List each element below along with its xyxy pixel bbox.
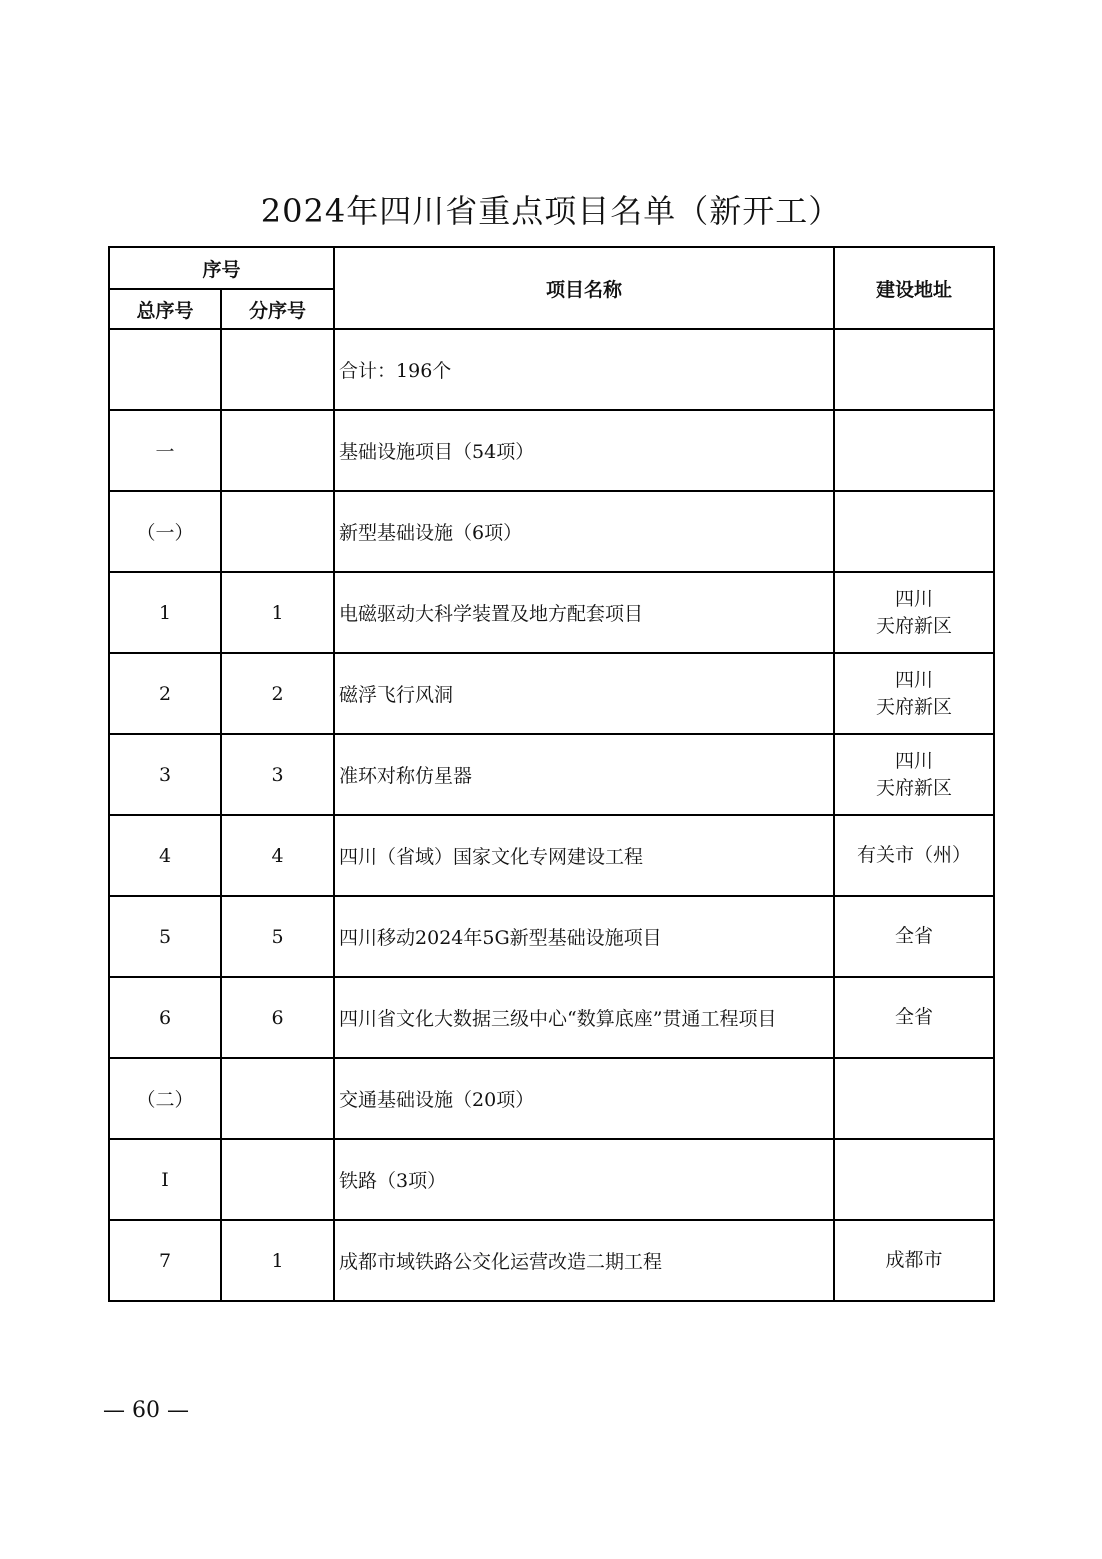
total-seq-cell: Ⅰ [109,1139,221,1220]
project-name-cell: 合计：196个 [334,329,834,410]
sub-seq-cell: 2 [221,653,334,734]
page-number: — 60 — [103,1398,189,1423]
project-name-cell: 电磁驱动大科学装置及地方配套项目 [334,572,834,653]
project-name-cell: 磁浮飞行风洞 [334,653,834,734]
sub-seq-cell: 5 [221,896,334,977]
location-line-2: 天府新区 [835,775,993,802]
sub-seq-cell: 1 [221,572,334,653]
sub-seq-cell [221,329,334,410]
header-project-name: 项目名称 [334,247,834,329]
sub-seq-cell [221,1058,334,1139]
total-seq-cell: 1 [109,572,221,653]
document-title: 2024年四川省重点项目名单（新开工） [0,186,1102,232]
sub-seq-cell: 6 [221,977,334,1058]
total-seq-cell: 一 [109,410,221,491]
total-seq-cell: （二） [109,1058,221,1139]
project-name-cell: 铁路（3项） [334,1139,834,1220]
table-row: 55四川移动2024年5G新型基础设施项目全省 [109,896,994,977]
location-line-1: 有关市（州） [835,842,993,869]
project-name-cell: 准环对称仿星器 [334,734,834,815]
location-cell [834,1139,994,1220]
project-name-cell: 新型基础设施（6项） [334,491,834,572]
total-seq-cell: （一） [109,491,221,572]
table-row: （一）新型基础设施（6项） [109,491,994,572]
location-cell: 全省 [834,977,994,1058]
header-seq-group: 序号 [109,247,334,289]
sub-seq-cell [221,410,334,491]
header-row: 序号 项目名称 建设地址 [109,247,994,289]
table-row: 71成都市域铁路公交化运营改造二期工程成都市 [109,1220,994,1301]
location-cell [834,410,994,491]
project-name-cell: 成都市域铁路公交化运营改造二期工程 [334,1220,834,1301]
location-cell [834,1058,994,1139]
location-cell [834,329,994,410]
location-line-1: 全省 [835,1004,993,1031]
sub-seq-cell: 3 [221,734,334,815]
table-row: （二）交通基础设施（20项） [109,1058,994,1139]
total-seq-cell: 5 [109,896,221,977]
table-row: 合计：196个 [109,329,994,410]
total-seq-cell: 7 [109,1220,221,1301]
location-line-1: 全省 [835,923,993,950]
table-row: 44四川（省域）国家文化专网建设工程有关市（州） [109,815,994,896]
location-cell: 成都市 [834,1220,994,1301]
project-table: 序号 项目名称 建设地址 总序号 分序号 合计：196个一基础设施项目（54项）… [108,246,995,1302]
location-line-1: 四川 [835,748,993,775]
total-seq-cell [109,329,221,410]
table-row: 66四川省文化大数据三级中心“数算底座”贯通工程项目全省 [109,977,994,1058]
sub-seq-cell [221,1139,334,1220]
project-name-cell: 四川移动2024年5G新型基础设施项目 [334,896,834,977]
project-name-cell: 四川省文化大数据三级中心“数算底座”贯通工程项目 [334,977,834,1058]
location-cell: 有关市（州） [834,815,994,896]
header-location: 建设地址 [834,247,994,329]
sub-seq-cell: 4 [221,815,334,896]
table-row: 22磁浮飞行风洞四川天府新区 [109,653,994,734]
location-cell [834,491,994,572]
project-name-cell: 四川（省域）国家文化专网建设工程 [334,815,834,896]
header-total-seq: 总序号 [109,289,221,329]
sub-seq-cell [221,491,334,572]
sub-seq-cell: 1 [221,1220,334,1301]
location-line-1: 四川 [835,586,993,613]
location-cell: 四川天府新区 [834,653,994,734]
header-sub-seq: 分序号 [221,289,334,329]
location-line-1: 成都市 [835,1247,993,1274]
location-line-2: 天府新区 [835,694,993,721]
total-seq-cell: 4 [109,815,221,896]
location-cell: 全省 [834,896,994,977]
location-line-2: 天府新区 [835,613,993,640]
total-seq-cell: 6 [109,977,221,1058]
table-row: 一基础设施项目（54项） [109,410,994,491]
table-row: 11电磁驱动大科学装置及地方配套项目四川天府新区 [109,572,994,653]
project-name-cell: 交通基础设施（20项） [334,1058,834,1139]
project-name-cell: 基础设施项目（54项） [334,410,834,491]
location-line-1: 四川 [835,667,993,694]
total-seq-cell: 2 [109,653,221,734]
total-seq-cell: 3 [109,734,221,815]
table-row: 33准环对称仿星器四川天府新区 [109,734,994,815]
location-cell: 四川天府新区 [834,572,994,653]
location-cell: 四川天府新区 [834,734,994,815]
table-row: Ⅰ铁路（3项） [109,1139,994,1220]
